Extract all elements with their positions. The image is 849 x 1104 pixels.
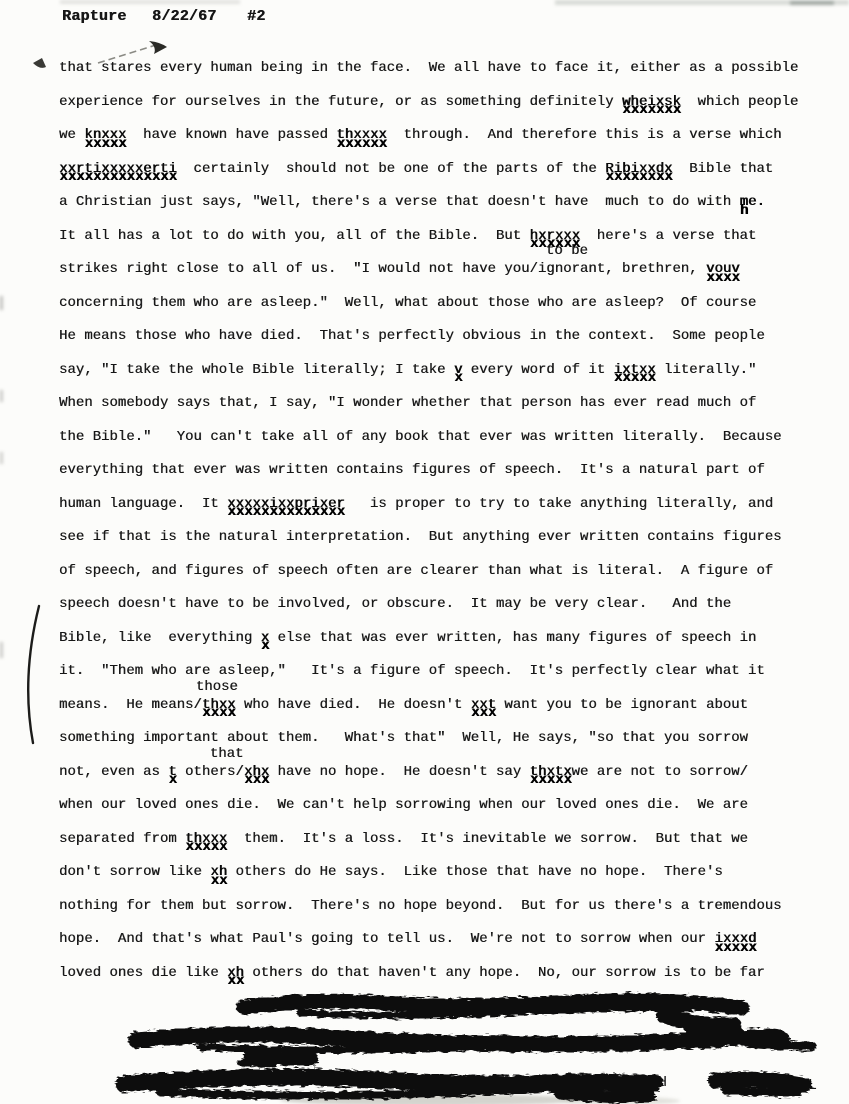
redaction-scribble-bottom xyxy=(124,1077,804,1097)
text-line: not, even as t others/thatxhx have no ho… xyxy=(59,756,839,790)
typed-text: we xyxy=(59,127,84,143)
text-line: hope. And that's what Paul's going to te… xyxy=(59,923,839,957)
typed-text: loved ones die like xyxy=(59,965,227,981)
page-number: #2 xyxy=(247,8,265,25)
typed-text: say, "I take the whole Bible literally; … xyxy=(59,362,454,378)
text-line: When somebody says that, I say, "I wonde… xyxy=(59,387,839,421)
typed-text: want you to be ignorant about xyxy=(496,697,748,713)
typed-text: that stares every human being in the fac… xyxy=(59,60,798,76)
typed-text: who have died. He doesn't xyxy=(235,697,470,713)
text-line: of speech, and figures of speech often a… xyxy=(59,555,839,589)
overstruck-word: ixxxd xyxy=(714,931,756,947)
text-line: that stares every human being in the fac… xyxy=(59,52,839,86)
overstruck-word: me. xyxy=(740,194,765,210)
typed-text: here's a verse that xyxy=(580,228,756,244)
text-line: we knxxx have known have passed thxxxx t… xyxy=(59,119,839,153)
overstruck-word: ixtxx xyxy=(614,362,656,378)
typed-text: Bible, like everything xyxy=(59,630,261,646)
text-line: nothing for them but sorrow. There's no … xyxy=(59,890,839,924)
typed-text: separated from xyxy=(59,831,185,847)
overstruck-word: Ribixxdx xyxy=(605,161,672,177)
typed-text: have known have passed xyxy=(126,127,336,143)
overstruck-word: xhx xyxy=(244,764,269,780)
document-date: 8/22/67 xyxy=(152,8,216,25)
overstruck-word: xxt xyxy=(471,697,496,713)
typed-text: a Christian just says, "Well, there's a … xyxy=(59,194,740,210)
text-line: say, "I take the whole Bible literally; … xyxy=(59,354,839,388)
text-line: xxrtixxxxxerti certainly should not be o… xyxy=(59,153,839,187)
overstruck-word: wheixsk xyxy=(622,94,681,110)
body-lines: that stares every human being in the fac… xyxy=(59,52,839,990)
overstruck-word: thxx xyxy=(202,697,236,713)
text-line: strikes right close to all of us. "I wou… xyxy=(59,253,839,287)
text-line: something important about them. What's t… xyxy=(59,722,839,756)
typed-text: of speech, and figures of speech often a… xyxy=(59,563,773,579)
typed-text: strikes right close to all of us. "I wou… xyxy=(59,261,538,277)
redaction-remnant-left: H xyxy=(658,1074,667,1091)
text-line: separated from thxxx them. It's a loss. … xyxy=(59,823,839,857)
typed-text: When somebody says that, I say, "I wonde… xyxy=(59,395,756,411)
text-line: He means those who have died. That's per… xyxy=(59,320,839,354)
text-line: experience for ourselves in the future, … xyxy=(59,86,839,120)
typed-text: else that was ever written, has many fig… xyxy=(269,630,756,646)
typed-text: concerning them who are asleep." Well, w… xyxy=(59,295,756,311)
overstruck-word: thxtx xyxy=(530,764,572,780)
overstruck-word: vouv xyxy=(706,261,740,277)
scanned-document-page: Rapture 8/22/67 #2 that stares every hum… xyxy=(0,0,849,1104)
typed-text: the Bible." You can't take all of any bo… xyxy=(59,429,782,445)
text-line: human language. It xxxxxixxprixer is pro… xyxy=(59,488,839,522)
typed-text: it. "Them who are asleep," It's a figure… xyxy=(59,663,765,679)
typed-text: others do He says. Like those that have … xyxy=(227,864,723,880)
overstruck-word: t xyxy=(168,764,176,780)
redaction-remnant-right: LL xyxy=(799,1077,817,1094)
typed-text: something important about them. What's t… xyxy=(59,730,748,746)
text-line: It all has a lot to do with you, all of … xyxy=(59,220,839,254)
overstruck-word: xh xyxy=(210,864,227,880)
text-line: Bible, like everything x else that was e… xyxy=(59,622,839,656)
text-line: the Bible." You can't take all of any bo… xyxy=(59,421,839,455)
text-line: means. He means/thosethxx who have died.… xyxy=(59,689,839,723)
text-line: see if that is the natural interpretatio… xyxy=(59,521,839,555)
redaction-scribbles xyxy=(124,1001,812,1097)
typed-text: certainly should not be one of the parts… xyxy=(177,161,605,177)
redaction-scribble-middle xyxy=(136,1035,812,1065)
typed-text: them. It's a loss. It's inevitable we so… xyxy=(227,831,748,847)
typed-text: nothing for them but sorrow. There's no … xyxy=(59,898,782,914)
text-line: it. "Them who are asleep," It's a figure… xyxy=(59,655,839,689)
typed-text: speech doesn't have to be involved, or o… xyxy=(59,596,731,612)
typed-text: which people xyxy=(681,94,799,110)
typed-text: experience for ourselves in the future, … xyxy=(59,94,622,110)
typed-text: Bible that xyxy=(672,161,773,177)
typed-text: see if that is the natural interpretatio… xyxy=(59,529,782,545)
overstruck-word: v xyxy=(454,362,462,378)
typed-text: every word of it xyxy=(462,362,613,378)
margin-line-mark xyxy=(28,606,39,743)
document-title: Rapture xyxy=(62,8,126,25)
typed-text: have no hope. He doesn't say xyxy=(269,764,529,780)
typed-text: human language. It xyxy=(59,496,227,512)
overstruck-word: knxxx xyxy=(84,127,126,143)
typed-text: ignorant, brethren, xyxy=(538,261,706,277)
typed-text: He means those who have died. That's per… xyxy=(59,328,765,344)
typed-text: everything that ever was written contain… xyxy=(59,462,765,478)
text-line: everything that ever was written contain… xyxy=(59,454,839,488)
typed-text: means. He means/ xyxy=(59,697,202,713)
typed-text: hope. And that's what Paul's going to te… xyxy=(59,931,714,947)
overstruck-word: x xyxy=(261,630,269,646)
typed-text: we are not to sorrow/ xyxy=(572,764,748,780)
typed-text: others/ xyxy=(177,764,244,780)
overstruck-word: thxxxx xyxy=(336,127,386,143)
overstruck-word: thxxx xyxy=(185,831,227,847)
typed-text: when our loved ones die. We can't help s… xyxy=(59,797,748,813)
overstruck-word: xxrtixxxxxerti xyxy=(59,161,177,177)
text-line: don't sorrow like xh others do He says. … xyxy=(59,856,839,890)
typed-text: through. And therefore this is a verse w… xyxy=(387,127,782,143)
overstruck-word: hxrxxx xyxy=(529,228,579,244)
text-line: speech doesn't have to be involved, or o… xyxy=(59,588,839,622)
redaction-scribble-top xyxy=(244,1001,742,1031)
overstruck-word: xxxxxixxprixer xyxy=(227,496,345,512)
typed-text: others do that haven't any hope. No, our… xyxy=(244,965,765,981)
overstruck-word: xh xyxy=(227,965,244,981)
check-mark xyxy=(33,58,46,68)
typed-text: It all has a lot to do with you, all of … xyxy=(59,228,529,244)
typed-text: literally." xyxy=(656,362,757,378)
typed-text: is proper to try to take anything litera… xyxy=(345,496,773,512)
typed-text: not, even as xyxy=(59,764,168,780)
typed-text: don't sorrow like xyxy=(59,864,210,880)
